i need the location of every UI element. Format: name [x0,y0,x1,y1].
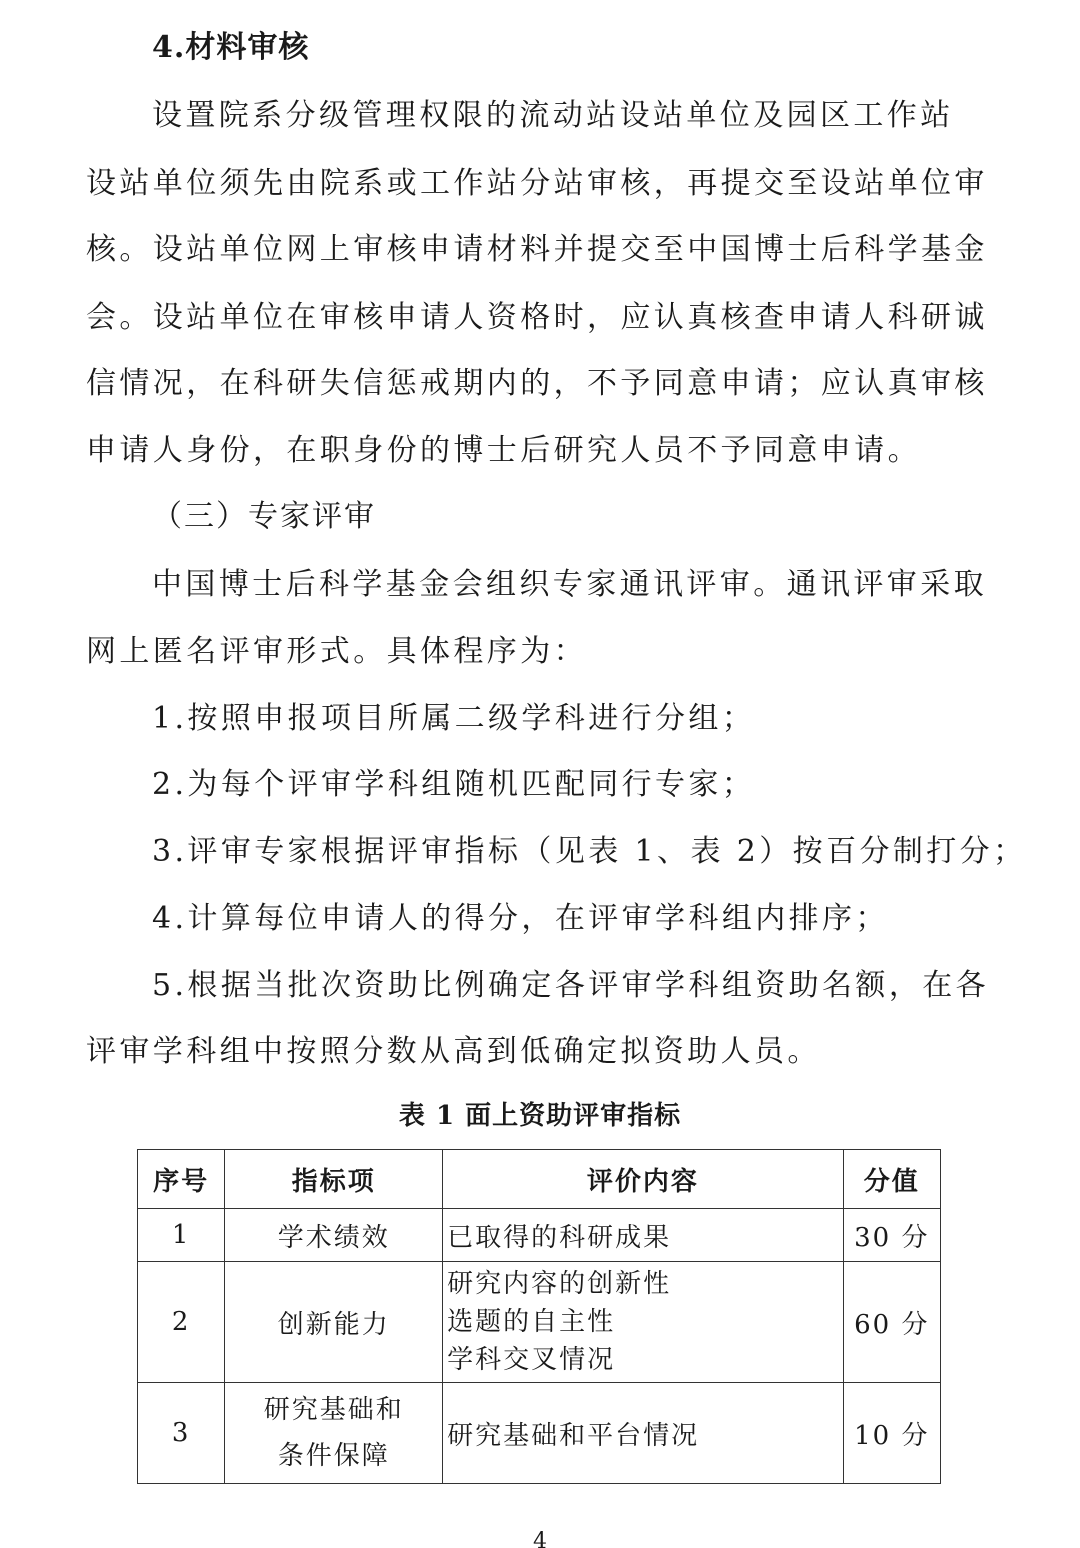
cell-content: 研究内容的创新性 选题的自主性 学科交叉情况 [443,1262,843,1383]
table-header-row: 序号 指标项 评价内容 分值 [138,1150,941,1209]
cell-item: 创新能力 [225,1262,443,1383]
column-header-no: 序号 [138,1150,225,1209]
paragraph-line: 核。设站单位网上审核申请材料并提交至中国博士后科学基金 [86,230,998,270]
procedure-step-5-continuation: 评审学科组中按照分数从高到低确定拟资助人员。 [86,1032,998,1072]
paragraph-line: 申请人身份，在职身份的博士后研究人员不予同意申请。 [86,431,998,471]
paragraph-line: 会。设站单位在审核申请人资格时，应认真核查申请人科研诚 [86,298,998,338]
paragraph-line: 网上匿名评审形式。具体程序为： [86,632,998,672]
paragraph-line: 设置院系分级管理权限的流动站设站单位及园区工作站 [152,96,998,136]
cell-content: 研究基础和平台情况 [443,1383,843,1484]
procedure-step-2: 2.为每个评审学科组随机匹配同行专家； [152,765,998,805]
section-heading: 4.材料审核 [152,28,998,68]
column-header-item: 指标项 [225,1150,443,1209]
paragraph-line: 信情况，在科研失信惩戒期内的，不予同意申请；应认真审核 [86,364,998,404]
procedure-step-1: 1.按照申报项目所属二级学科进行分组； [152,699,998,739]
table-caption: 表 1 面上资助评审指标 [0,1098,1080,1134]
paragraph-line: 中国博士后科学基金会组织专家通讯评审。通讯评审采取 [152,565,998,605]
document-page: 4.材料审核 设置院系分级管理权限的流动站设站单位及园区工作站 设站单位须先由院… [0,0,1080,1548]
table-row: 2 创新能力 研究内容的创新性 选题的自主性 学科交叉情况 60 分 [138,1262,941,1383]
column-header-content: 评价内容 [443,1150,843,1209]
procedure-step-5: 5.根据当批次资助比例确定各评审学科组资助名额，在各 [152,966,998,1006]
column-header-score: 分值 [843,1150,940,1209]
content-line: 学科交叉情况 [447,1341,838,1379]
review-criteria-table: 序号 指标项 评价内容 分值 1 学术绩效 已取得的科研成果 30 分 2 创新… [137,1149,941,1484]
content-line: 研究内容的创新性 [447,1265,838,1303]
cell-item: 学术绩效 [225,1209,443,1262]
item-line: 研究基础和 [229,1387,438,1433]
procedure-step-4: 4.计算每位申请人的得分，在评审学科组内排序； [152,899,998,939]
cell-score: 30 分 [843,1209,940,1262]
content-line: 选题的自主性 [447,1303,838,1341]
cell-score: 10 分 [843,1383,940,1484]
paragraph-line: 设站单位须先由院系或工作站分站审核，再提交至设站单位审 [86,164,998,204]
cell-score: 60 分 [843,1262,940,1383]
cell-no: 2 [138,1262,225,1383]
cell-no: 3 [138,1383,225,1484]
table-row: 3 研究基础和 条件保障 研究基础和平台情况 10 分 [138,1383,941,1484]
procedure-step-3: 3.评审专家根据评审指标（见表 1、表 2）按百分制打分； [152,832,998,872]
page-number: 4 [0,1530,1080,1548]
cell-content: 已取得的科研成果 [443,1209,843,1262]
cell-item: 研究基础和 条件保障 [225,1383,443,1484]
table-row: 1 学术绩效 已取得的科研成果 30 分 [138,1209,941,1262]
cell-no: 1 [138,1209,225,1262]
item-line: 条件保障 [229,1433,438,1479]
subsection-heading: （三）专家评审 [152,497,1064,537]
